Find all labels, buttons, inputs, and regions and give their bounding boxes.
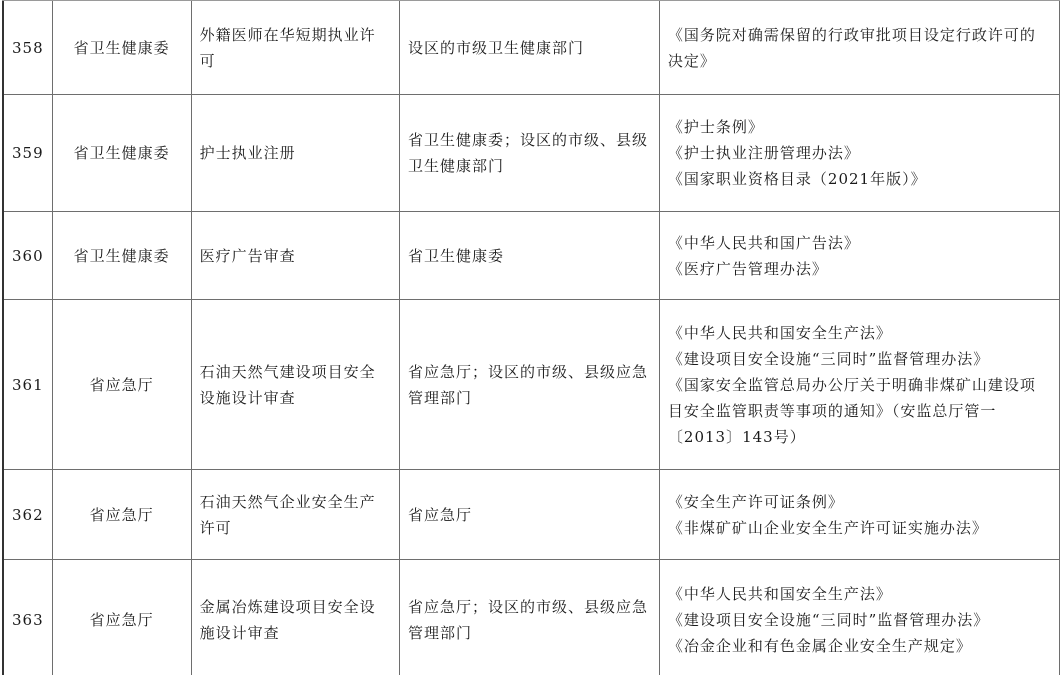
row-number: 358 xyxy=(3,0,52,95)
item-cell: 石油天然气建设项目安全设施设计审查 xyxy=(191,300,399,470)
basis-line: 《安全生产许可证条例》 xyxy=(668,489,1051,515)
implementing-authority-cell: 省应急厅；设区的市级、县级应急管理部门 xyxy=(399,560,659,675)
basis-line: 《国家安全监管总局办公厅关于明确非煤矿山建设项目安全监管职责等事项的通知》（安监… xyxy=(668,372,1051,450)
item-cell: 医疗广告审查 xyxy=(191,212,399,300)
basis-line: 《国务院对确需保留的行政审批项目设定行政许可的决定》 xyxy=(668,22,1051,74)
table-row: 360 省卫生健康委 医疗广告审查 省卫生健康委 《中华人民共和国广告法》 《医… xyxy=(3,212,1060,300)
row-number: 362 xyxy=(3,470,52,560)
basis-line: 《中华人民共和国广告法》 xyxy=(668,230,1051,256)
department-cell: 省卫生健康委 xyxy=(52,95,191,212)
basis-line: 《护士条例》 xyxy=(668,114,1051,140)
implementing-authority-cell: 省应急厅；设区的市级、县级应急管理部门 xyxy=(399,300,659,470)
implementing-authority-cell: 省卫生健康委；设区的市级、县级卫生健康部门 xyxy=(399,95,659,212)
row-number: 361 xyxy=(3,300,52,470)
table-row: 359 省卫生健康委 护士执业注册 省卫生健康委；设区的市级、县级卫生健康部门 … xyxy=(3,95,1060,212)
item-cell: 护士执业注册 xyxy=(191,95,399,212)
department-cell: 省卫生健康委 xyxy=(52,212,191,300)
basis-line: 《非煤矿矿山企业安全生产许可证实施办法》 xyxy=(668,515,1051,541)
basis-line: 《护士执业注册管理办法》 xyxy=(668,140,1051,166)
table-row: 361 省应急厅 石油天然气建设项目安全设施设计审查 省应急厅；设区的市级、县级… xyxy=(3,300,1060,470)
department-cell: 省应急厅 xyxy=(52,470,191,560)
table-row: 362 省应急厅 石油天然气企业安全生产许可 省应急厅 《安全生产许可证条例》 … xyxy=(3,470,1060,560)
legal-basis-cell: 《中华人民共和国广告法》 《医疗广告管理办法》 xyxy=(659,212,1059,300)
row-number: 360 xyxy=(3,212,52,300)
basis-line: 《建设项目安全设施“三同时”监督管理办法》 xyxy=(668,607,1051,633)
item-cell: 外籍医师在华短期执业许可 xyxy=(191,0,399,95)
implementing-authority-cell: 设区的市级卫生健康部门 xyxy=(399,0,659,95)
implementing-authority-cell: 省应急厅 xyxy=(399,470,659,560)
basis-line: 《冶金企业和有色金属企业安全生产规定》 xyxy=(668,633,1051,659)
item-cell: 石油天然气企业安全生产许可 xyxy=(191,470,399,560)
row-number: 363 xyxy=(3,560,52,675)
basis-line: 《建设项目安全设施“三同时”监督管理办法》 xyxy=(668,346,1051,372)
legal-basis-cell: 《国务院对确需保留的行政审批项目设定行政许可的决定》 xyxy=(659,0,1059,95)
permit-table: 358 省卫生健康委 外籍医师在华短期执业许可 设区的市级卫生健康部门 《国务院… xyxy=(2,0,1060,675)
basis-line: 《国家职业资格目录（2021年版）》 xyxy=(668,166,1051,192)
legal-basis-cell: 《中华人民共和国安全生产法》 《建设项目安全设施“三同时”监督管理办法》 《国家… xyxy=(659,300,1059,470)
legal-basis-cell: 《中华人民共和国安全生产法》 《建设项目安全设施“三同时”监督管理办法》 《冶金… xyxy=(659,560,1059,675)
table-row: 363 省应急厅 金属冶炼建设项目安全设施设计审查 省应急厅；设区的市级、县级应… xyxy=(3,560,1060,675)
department-cell: 省应急厅 xyxy=(52,560,191,675)
basis-line: 《医疗广告管理办法》 xyxy=(668,256,1051,282)
legal-basis-cell: 《安全生产许可证条例》 《非煤矿矿山企业安全生产许可证实施办法》 xyxy=(659,470,1059,560)
item-cell: 金属冶炼建设项目安全设施设计审查 xyxy=(191,560,399,675)
row-number: 359 xyxy=(3,95,52,212)
department-cell: 省卫生健康委 xyxy=(52,0,191,95)
table-row: 358 省卫生健康委 外籍医师在华短期执业许可 设区的市级卫生健康部门 《国务院… xyxy=(3,0,1060,95)
legal-basis-cell: 《护士条例》 《护士执业注册管理办法》 《国家职业资格目录（2021年版）》 xyxy=(659,95,1059,212)
department-cell: 省应急厅 xyxy=(52,300,191,470)
basis-line: 《中华人民共和国安全生产法》 xyxy=(668,320,1051,346)
implementing-authority-cell: 省卫生健康委 xyxy=(399,212,659,300)
basis-line: 《中华人民共和国安全生产法》 xyxy=(668,581,1051,607)
